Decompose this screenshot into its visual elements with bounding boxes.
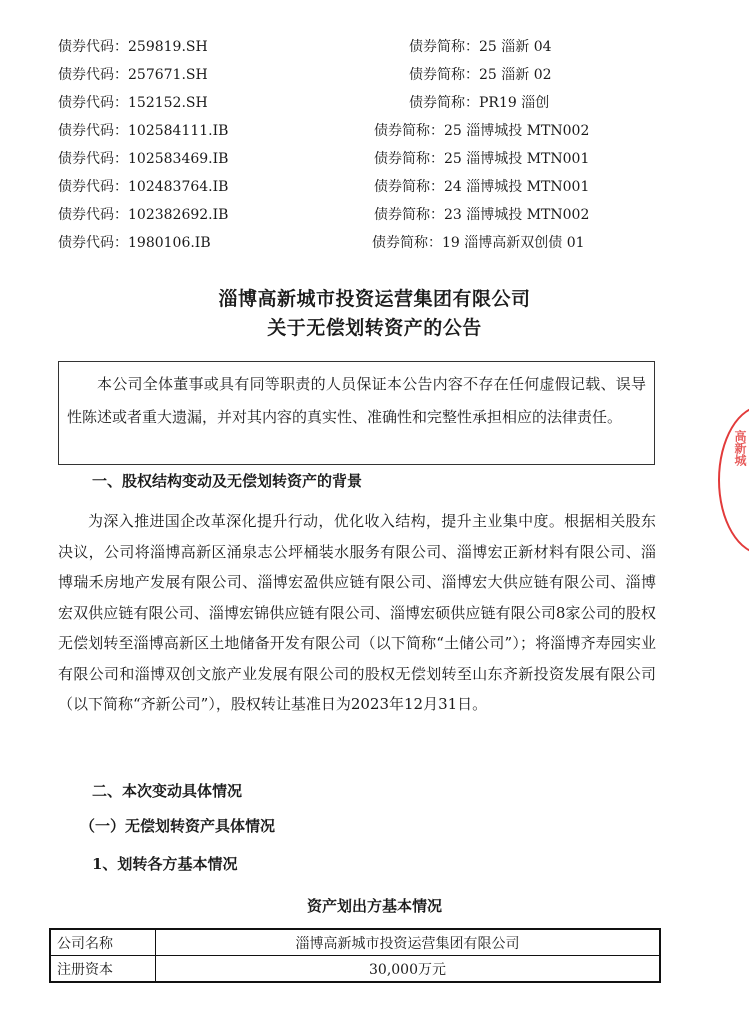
disclaimer-box: 本公司全体董事或具有同等职责的人员保证本公告内容不存在任何虚假记载、误导性陈述或… xyxy=(58,361,655,465)
bond-code: 债券代码：102584111.IB xyxy=(58,120,228,140)
bond-code: 债券代码：102382692.IB xyxy=(58,204,228,224)
section1-paragraph: 为深入推进国企改革深化提升行动，优化收入结构，提升主业集中度。根据相关股东决议，… xyxy=(58,506,656,720)
document-subtitle: 关于无偿划转资产的公告 xyxy=(0,313,749,340)
bond-name: 债券简称：25 淄博城投 MTN002 xyxy=(374,120,589,140)
bond-name: 债券简称：23 淄博城投 MTN002 xyxy=(374,204,589,224)
bond-name: 债券简称：25 淄博城投 MTN001 xyxy=(374,148,589,168)
bond-name: 债券简称：PR19 淄创 xyxy=(409,92,549,112)
bond-row: 债券代码：102483764.IB 债券简称：24 淄博城投 MTN001 xyxy=(58,176,698,202)
section2-heading: 二、本次变动具体情况 xyxy=(92,780,242,801)
bond-row: 债券代码：1980106.IB 债券简称：19 淄博高新双创债 01 xyxy=(58,232,698,258)
bond-name: 债券简称：24 淄博城投 MTN001 xyxy=(374,176,589,196)
bond-code: 债券代码：102483764.IB xyxy=(58,176,228,196)
bond-code: 债券代码：102583469.IB xyxy=(58,148,228,168)
bond-row: 债券代码：257671.SH 债券简称：25 淄新 02 xyxy=(58,64,698,90)
table-caption: 资产划出方基本情况 xyxy=(0,895,749,916)
table-row: 公司名称 淄博高新城市投资运营集团有限公司 xyxy=(50,929,660,956)
section1-body: 为深入推进国企改革深化提升行动，优化收入结构，提升主业集中度。根据相关股东决议，… xyxy=(58,506,656,720)
table-value-cell: 30,000万元 xyxy=(156,956,661,983)
section1-heading: 一、股权结构变动及无偿划转资产的背景 xyxy=(92,470,362,491)
bond-name: 债券简称：25 淄新 04 xyxy=(409,36,552,56)
bond-code: 债券代码：259819.SH xyxy=(58,36,208,56)
bond-row: 债券代码：102584111.IB 债券简称：25 淄博城投 MTN002 xyxy=(58,120,698,146)
table-row: 注册资本 30,000万元 xyxy=(50,956,660,983)
seal-text: 高新城 xyxy=(734,430,748,466)
table-value-cell: 淄博高新城市投资运营集团有限公司 xyxy=(156,929,661,956)
bond-row: 债券代码：102583469.IB 债券简称：25 淄博城投 MTN001 xyxy=(58,148,698,174)
table-label-cell: 公司名称 xyxy=(50,929,156,956)
subsection-heading: （一）无偿划转资产具体情况 xyxy=(80,815,275,836)
transferor-info-table: 公司名称 淄博高新城市投资运营集团有限公司 注册资本 30,000万元 xyxy=(49,928,661,983)
bond-row: 债券代码：259819.SH 债券简称：25 淄新 04 xyxy=(58,36,698,62)
document-title: 淄博高新城市投资运营集团有限公司 xyxy=(0,284,749,311)
bond-name: 债券简称：19 淄博高新双创债 01 xyxy=(372,232,585,252)
bond-row: 债券代码：102382692.IB 债券简称：23 淄博城投 MTN002 xyxy=(58,204,698,230)
bond-code: 债券代码：257671.SH xyxy=(58,64,208,84)
bond-name: 债券简称：25 淄新 02 xyxy=(409,64,552,84)
disclaimer-text: 本公司全体董事或具有同等职责的人员保证本公告内容不存在任何虚假记载、误导性陈述或… xyxy=(67,368,646,434)
company-seal-stamp xyxy=(718,405,749,555)
bond-row: 债券代码：152152.SH 债券简称：PR19 淄创 xyxy=(58,92,698,118)
bond-code: 债券代码：152152.SH xyxy=(58,92,208,112)
subsubsection-heading: 1、划转各方基本情况 xyxy=(92,853,237,874)
table-label-cell: 注册资本 xyxy=(50,956,156,983)
bond-code: 债券代码：1980106.IB xyxy=(58,232,211,252)
